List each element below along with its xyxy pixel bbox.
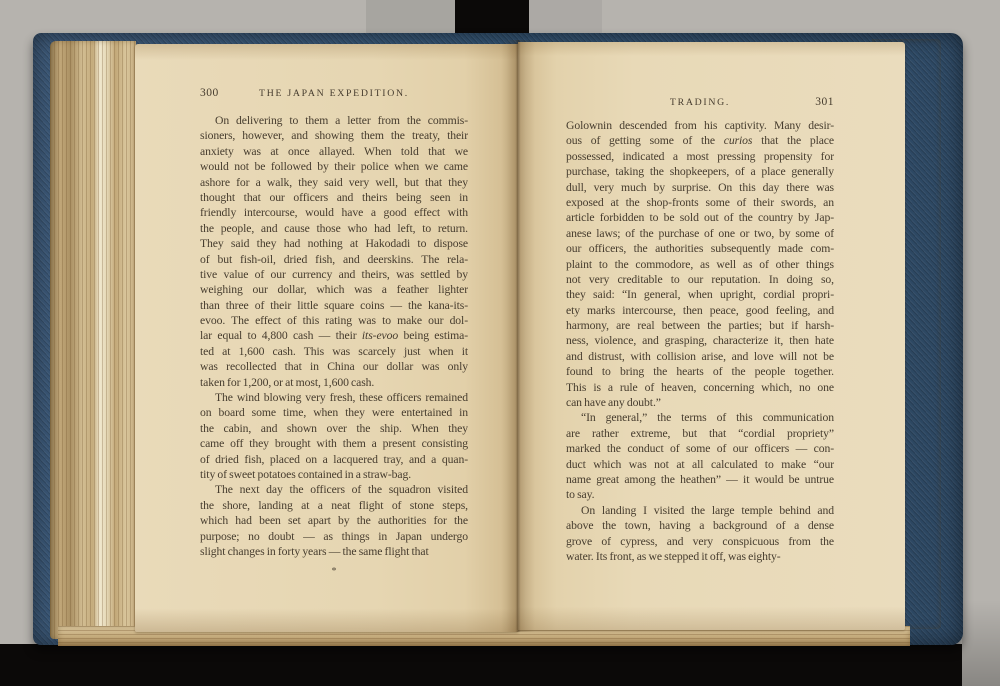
text-line: On landing I visited the large temple be… [566,503,834,518]
text-line: duct which was not at all calculated to … [566,457,834,472]
text-line: ashore for a walk, they said very well, … [200,175,468,190]
text-line: anxiety was at once allayed. When told t… [200,144,468,159]
text-line: the cabin, and shown over the ship. When… [200,421,468,436]
paragraph: “In general,” the terms of this communic… [566,410,834,502]
right-page-paragraphs: Golownin descended from his captivity. M… [566,118,834,564]
text-line: anese laws; of the purchase of one or tw… [566,226,834,241]
text-line: They said they had nothing at Hakodadi t… [200,236,468,251]
page-number-right: 301 [788,96,834,108]
dark-table-surface [0,644,962,686]
text-line: can have any doubt.” [566,395,834,410]
text-line: slight changes in forty years — the same… [200,544,468,559]
left-page-text: On delivering to them a letter from the … [200,113,468,577]
text-line: above the town, having a background of a… [566,518,834,533]
text-line: on board some time, when they were enter… [200,405,468,420]
photograph-background: { "colors":{ "background":"#b6b3ae", "su… [0,0,1000,686]
paragraph: The next day the officers of the squadro… [200,482,468,559]
text-line: was recollected that in China our dollar… [200,359,468,374]
text-line: and distrust, with collision arise, and … [566,349,834,364]
paragraph: The wind blowing very fresh, these offic… [200,390,468,482]
background-shadow [962,600,1000,686]
left-page-header: 300 THE JAPAN EXPEDITION. [200,87,468,99]
text-line: On delivering to them a letter from the … [200,113,468,128]
text-line: the shore, landing at a neat flight of s… [200,498,468,513]
text-line: grove of cypress, and very conspicuous f… [566,534,834,549]
running-header-right: TRADING. [612,97,788,108]
text-line: the people, and cause those who had left… [200,221,468,236]
text-line: “In general,” the terms of this communic… [566,410,834,425]
text-line: dull, very much by surprise. On this day… [566,180,834,195]
signature-mark: * [200,566,468,577]
text-line: ness, violence, and grasping, characteri… [566,333,834,348]
text-line: thought that our officers and theirs bei… [200,190,468,205]
text-line: Golownin descended from his captivity. M… [566,118,834,133]
page-stack-left-edge [50,41,136,639]
text-line: The wind blowing very fresh, these offic… [200,390,468,405]
text-line: are rather extreme, but that “cordial pr… [566,426,834,441]
text-line: water. Its front, as we stepped it off, … [566,549,834,564]
text-line: taken for 1,200, or at most, 1,600 cash. [200,375,468,390]
text-line: lar equal to 4,800 cash — their its-evoo… [200,328,468,343]
paragraph: On delivering to them a letter from the … [200,113,468,390]
text-line: name great among the heathen” — it would… [566,472,834,487]
left-page-paragraphs: On delivering to them a letter from the … [200,113,468,559]
text-line: our officers, the authorities subsequent… [566,241,834,256]
text-line: not very creditable to our reputation. I… [566,272,834,287]
right-page-text: Golownin descended from his captivity. M… [566,118,834,564]
text-line: harmony, are real between the parties; b… [566,318,834,333]
text-line: weighing our dollar, which was a feather… [200,282,468,297]
text-line: ted at 1,600 cash. This was scarcely jus… [200,344,468,359]
text-line: which had been set apart by the authorit… [200,513,468,528]
text-line: sioners, however, and showing them the t… [200,128,468,143]
text-line: The next day the officers of the squadro… [200,482,468,497]
text-line: ous of getting some of the curios that t… [566,133,834,148]
text-line: purpose; no doubt — as things in Japan u… [200,529,468,544]
text-line: tity of sweet potatoes contained in a st… [200,467,468,482]
text-line: of but fish-oil, dried fish, and deerski… [200,252,468,267]
right-page-header: TRADING. 301 [566,96,834,108]
text-line: would not be followed by their police wh… [200,159,468,174]
text-line: exposed at the shop-fronts some of their… [566,195,834,210]
text-line: possessed, indicated a most pressing pro… [566,149,834,164]
running-header-left: THE JAPAN EXPEDITION. [246,88,422,99]
text-line: evoo. The effect of this rating was to m… [200,313,468,328]
text-line: found to bring the hearts of the people … [566,364,834,379]
text-line: tive value of our currency and theirs, w… [200,267,468,282]
text-line: they said: “In general, when upright, co… [566,287,834,302]
text-line: marked the conduct of some of our office… [566,441,834,456]
text-line: purchase, taking the shopkeepers, of a p… [566,164,834,179]
text-line: article forbidden to be sold out of the … [566,210,834,225]
text-line: This is a rule of heaven, concerning whi… [566,380,834,395]
text-line: friendly intercourse, would have a good … [200,205,468,220]
text-line: ety marks intercourse, then peace, good … [566,303,834,318]
text-line: than three of their little square coins … [200,298,468,313]
page-number-left: 300 [200,87,246,99]
text-line: to say. [566,487,834,502]
text-line: of dried fish, placed on a lacquered tra… [200,452,468,467]
text-line: plaint to the commodore, as well as of o… [566,257,834,272]
paragraph: Golownin descended from his captivity. M… [566,118,834,410]
paragraph: On landing I visited the large temple be… [566,503,834,565]
text-line: came off they brought with them a presen… [200,436,468,451]
